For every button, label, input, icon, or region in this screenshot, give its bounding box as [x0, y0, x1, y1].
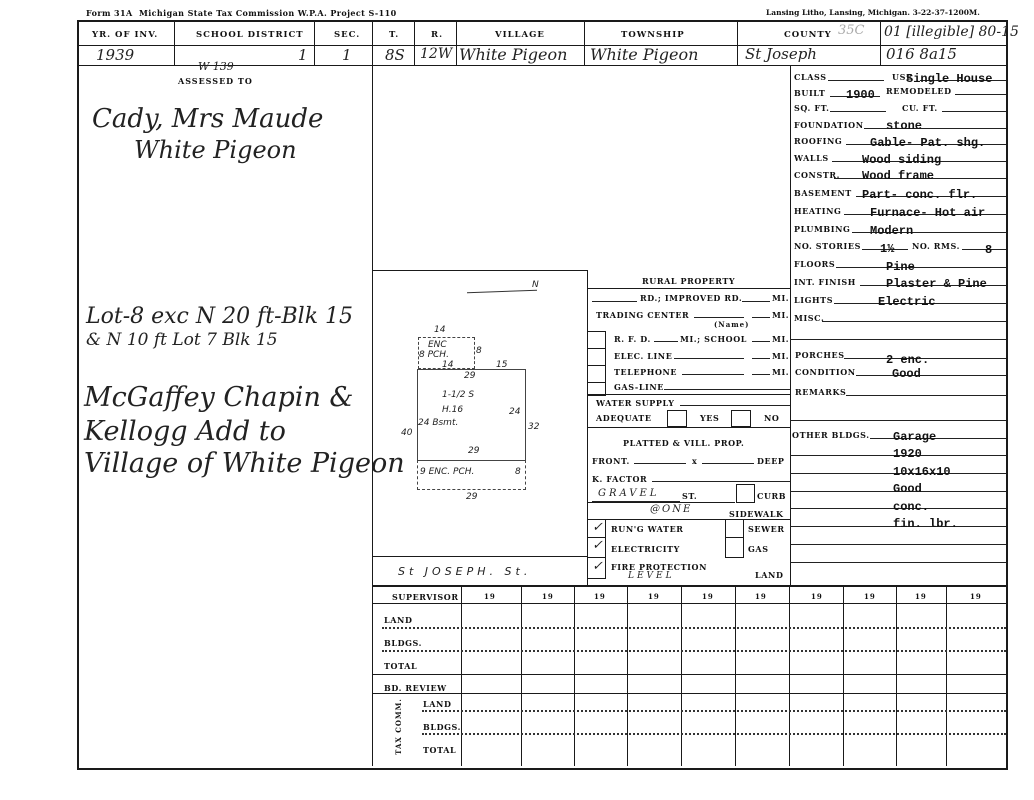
mi-label: MI. [772, 334, 789, 344]
class-label: CLASS [794, 72, 827, 82]
sketch-dim: 24 [509, 407, 520, 417]
year-col-10[interactable]: 19 [970, 592, 982, 601]
rural-title: RURAL PROPERTY [642, 276, 735, 286]
fire-protection-check: ✓ [592, 559, 603, 574]
heating-value[interactable]: Furnace- Hot air [870, 206, 985, 220]
tax-comm-label: TAX COMM. [394, 698, 403, 755]
trading-center-label: TRADING CENTER [596, 310, 689, 320]
lights-label: LIGHTS [794, 295, 833, 305]
basement-value[interactable]: Part- conc. flr. [862, 188, 977, 202]
printer-caption: Lansing Litho, Lansing, Michigan. 3-22-3… [766, 8, 980, 17]
land-label: LAND [755, 570, 783, 580]
land-row-label: LAND [384, 615, 412, 625]
porches-value[interactable]: 2 enc. [886, 353, 929, 367]
sketch-dim: 29 [464, 371, 475, 381]
int-finish-label: INT. FINISH [794, 277, 856, 287]
yr-of-inv-value[interactable]: 1939 [96, 46, 134, 64]
t-value[interactable]: 8S [385, 46, 405, 64]
other-bldgs-label: OTHER BLDGS. [792, 430, 870, 440]
street-surface-value[interactable]: GRAVEL [598, 488, 659, 499]
telephone-label: TELEPHONE [614, 367, 677, 377]
electricity-label: ELECTRICITY [611, 544, 680, 554]
rung-water-label: RUN'G WATER [611, 524, 684, 534]
gas-line-label: GAS-LINE [614, 382, 664, 392]
constr-value[interactable]: Wood frame [862, 169, 934, 183]
stories-value[interactable]: 1½ [880, 242, 894, 256]
supervisor-label: SUPERVISOR [392, 592, 459, 602]
other-bldg-line[interactable]: Garage [893, 430, 936, 444]
misc-label: MISC. [794, 313, 824, 323]
other-bldg-line[interactable]: conc. [893, 500, 929, 514]
cu-ft-label: CU. FT. [902, 103, 938, 113]
mi-label: MI. [772, 351, 789, 361]
form-agency: Michigan State Tax Commission W.P.A. Pro… [139, 8, 397, 18]
year-col-1[interactable]: 19 [484, 592, 496, 601]
tax-comm-total-label: TOTAL [423, 745, 456, 755]
other-bldg-line[interactable]: 1920 [893, 447, 922, 461]
tax-comm-bldgs-label: BLDGS. [423, 722, 461, 732]
curb-label: CURB [757, 491, 786, 501]
col-village: VILLAGE [495, 30, 545, 40]
sketch-label: ENC [428, 340, 447, 350]
legal-line-2[interactable]: & N 10 ft Lot 7 Blk 15 [86, 330, 278, 350]
township-value[interactable]: White Pigeon [590, 45, 698, 64]
sketch-north-arrow: N [532, 280, 539, 290]
sketch-label: 1-1/2 S [442, 390, 474, 400]
school-district-value[interactable]: 1 [298, 46, 308, 64]
other-bldg-line[interactable]: fin. lbr. [893, 517, 958, 531]
year-col-3[interactable]: 19 [594, 592, 606, 601]
year-col-8[interactable]: 19 [864, 592, 876, 601]
built-value[interactable]: 1900 [846, 88, 875, 102]
adequate-yes-checkbox[interactable] [667, 410, 687, 427]
col-school-district: SCHOOL DISTRICT [196, 30, 304, 40]
remarks-label: REMARKS [795, 387, 846, 397]
village-value[interactable]: White Pigeon [459, 45, 567, 64]
sketch-dim: 8 [476, 346, 482, 356]
platted-title: PLATTED & VILL. PROP. [623, 438, 744, 448]
foundation-label: FOUNDATION [794, 120, 864, 130]
adequate-label: ADEQUATE [596, 413, 652, 423]
name-hint: (Name) [714, 320, 749, 329]
remodeled-label: REMODELED [886, 86, 952, 96]
x-label: x [692, 456, 697, 466]
rfd-label: R. F. D. [614, 334, 651, 344]
int-finish-value[interactable]: Plaster & Pine [886, 277, 987, 291]
gas-checkbox[interactable] [725, 537, 744, 558]
parcel-number-top[interactable]: 01 [illegible] 80-15 [884, 24, 1019, 40]
k-factor-label: K. FACTOR [592, 474, 647, 484]
tax-comm-land-label: LAND [423, 699, 451, 709]
rooms-label: NO. RMS. [912, 241, 960, 251]
legal-line-4[interactable]: Kellogg Add to [84, 416, 286, 447]
foundation-value[interactable]: stone [886, 119, 922, 133]
gas-label: GAS [748, 544, 769, 554]
lights-value[interactable]: Electric [878, 295, 936, 309]
plumbing-label: PLUMBING [794, 224, 850, 234]
plumbing-value[interactable]: Modern [870, 224, 913, 238]
mi-label: MI. [772, 293, 789, 303]
sketch-label: H.16 [442, 405, 463, 415]
sidewalk-value[interactable]: @ONE [650, 504, 692, 515]
floors-value[interactable]: Pine [886, 260, 915, 274]
owner-address[interactable]: White Pigeon [134, 136, 297, 164]
county-note: 35C [838, 23, 865, 38]
sq-ft-label: SQ. FT. [794, 103, 830, 113]
rung-water-check: ✓ [592, 520, 603, 535]
other-bldg-line[interactable]: Good [893, 482, 922, 496]
rooms-value[interactable]: 8 [985, 243, 992, 257]
walls-value[interactable]: Wood siding [862, 153, 941, 167]
col-yr-of-inv: YR. OF INV. [92, 30, 158, 40]
sewer-checkbox[interactable] [725, 519, 744, 539]
col-t: T. [389, 30, 399, 40]
col-sec: SEC. [334, 30, 360, 40]
bd-review-label: BD. REVIEW [384, 683, 447, 693]
other-bldg-line[interactable]: 10x16x10 [893, 465, 951, 479]
sketch-label: 9 ENC. PCH. [420, 467, 474, 477]
mi-label: MI. [772, 367, 789, 377]
sec-value[interactable]: 1 [342, 46, 352, 64]
school-label: MI.; SCHOOL [680, 334, 747, 344]
floors-label: FLOORS [794, 259, 835, 269]
col-county: COUNTY [784, 30, 832, 40]
st-label: ST. [682, 491, 697, 501]
elec-line-label: ELEC. LINE [614, 351, 672, 361]
sketch-label: 8 PCH. [419, 350, 449, 360]
condition-value[interactable]: Good [892, 367, 921, 381]
legal-line-3[interactable]: McGaffey Chapin & [84, 382, 353, 413]
built-label: BUILT [794, 88, 825, 98]
sketch-dim: 8 [515, 467, 521, 477]
yes-label: YES [700, 413, 719, 423]
year-col-5[interactable]: 19 [702, 592, 714, 601]
curb-checkbox[interactable] [736, 484, 755, 503]
basement-label: BASEMENT [794, 188, 852, 198]
sketch-dim: 40 [401, 428, 412, 438]
land-value[interactable]: LEVEL [628, 571, 675, 581]
col-township: TOWNSHIP [621, 30, 685, 40]
deep-label: DEEP [757, 456, 785, 466]
year-col-7[interactable]: 19 [811, 592, 823, 601]
sidewalk-label: SIDEWALK [729, 509, 784, 519]
mi-label: MI. [772, 310, 789, 320]
sketch-dim: 14 [434, 325, 445, 335]
front-label: FRONT. [592, 456, 630, 466]
roofing-value[interactable]: Gable- Pat. shg. [870, 136, 985, 150]
rural-rd-label: RD.; IMPROVED RD. [640, 293, 742, 303]
water-supply-label: WATER SUPPLY [596, 398, 675, 408]
year-col-9[interactable]: 19 [915, 592, 927, 601]
owner-name[interactable]: Cady, Mrs Maude [92, 104, 323, 134]
sketch-dim: 32 [528, 422, 539, 432]
form-number: Form 31A [86, 8, 133, 18]
county-value[interactable]: St Joseph [745, 45, 817, 63]
building-sketch: N 14 ENC 8 PCH. 8 14 15 29 1-1/2 S H.16 … [372, 270, 587, 585]
sketch-label: 24 Bsmt. [418, 418, 458, 428]
use-value[interactable]: Single House [906, 72, 992, 86]
no-label: NO [764, 413, 779, 423]
north-arrow-line [467, 290, 537, 293]
sketch-dim: 29 [466, 492, 477, 502]
assessed-to-label: ASSESSED TO [178, 76, 253, 86]
col-r: R. [431, 30, 443, 40]
condition-label: CONDITION [795, 367, 856, 377]
year-col-6[interactable]: 19 [755, 592, 767, 601]
sketch-dim: 29 [468, 446, 479, 456]
total-row-label: TOTAL [384, 661, 417, 671]
heating-label: HEATING [794, 206, 841, 216]
electricity-check: ✓ [592, 538, 603, 553]
assessed-note: W 139 [198, 60, 234, 73]
stories-label: NO. STORIES [794, 241, 861, 251]
form-caption: Form 31A Michigan State Tax Commission W… [86, 8, 397, 18]
walls-label: WALLS [794, 153, 829, 163]
roofing-label: ROOFING [794, 136, 842, 146]
r-value[interactable]: 12W [420, 46, 452, 62]
porches-label: PORCHES [795, 350, 845, 360]
sketch-street: St JOSEPH. St. [398, 565, 531, 578]
adequate-no-checkbox[interactable] [731, 410, 751, 427]
bldgs-row-label: BLDGS. [384, 638, 422, 648]
parcel-number-bottom[interactable]: 016 8a15 [886, 45, 957, 63]
legal-line-1[interactable]: Lot-8 exc N 20 ft-Blk 15 [86, 304, 353, 329]
year-col-2[interactable]: 19 [542, 592, 554, 601]
year-col-4[interactable]: 19 [648, 592, 660, 601]
sewer-label: SEWER [748, 524, 785, 534]
legal-line-5[interactable]: Village of White Pigeon [84, 448, 405, 479]
